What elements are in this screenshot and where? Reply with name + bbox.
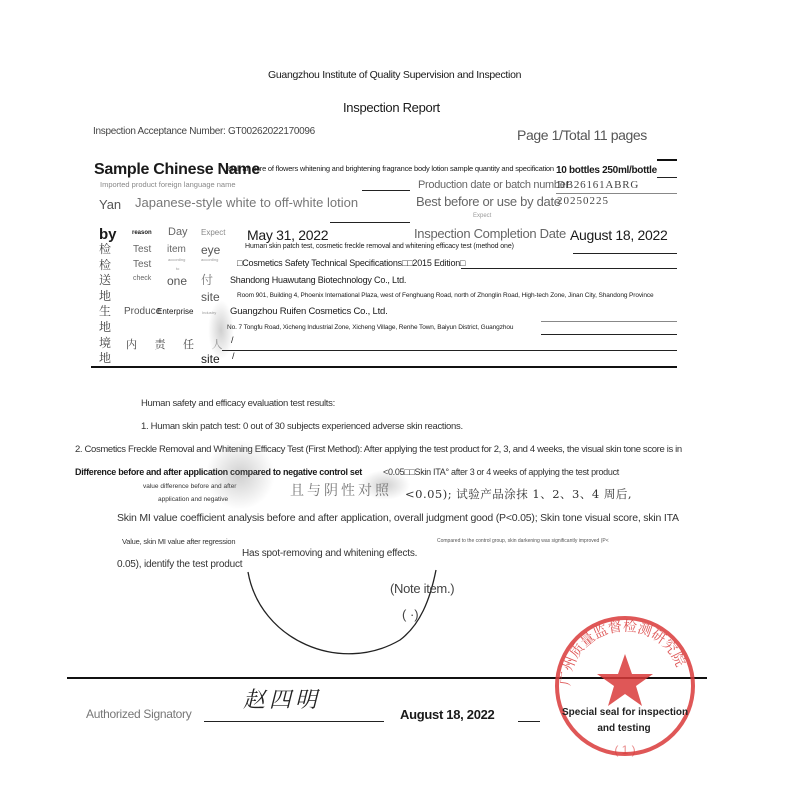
one-label: one (167, 274, 187, 288)
site-label-1: site (201, 290, 220, 304)
result-item-2-line-4b: Compared to the control group, skin dark… (437, 538, 609, 544)
row-rule (362, 190, 410, 191)
left-char: 送 (99, 273, 111, 289)
sample-quantity-value: 10 bottles 250ml/bottle (556, 165, 657, 176)
site-label-2: site (201, 352, 220, 366)
client-address-value: Room 901, Building 4, Phoenix Internatio… (237, 292, 654, 299)
signatory-label: Authorized Signatory (86, 707, 191, 721)
table-bottom-rule (91, 366, 677, 368)
result-item-2-line-2b: <0.05□□Skin ITA° after 3 or 4 weeks of a… (383, 467, 619, 477)
foreign-name-label: Imported product foreign language name (100, 180, 236, 189)
row-rule (461, 268, 677, 269)
result-item-2-cn-fragment: 且与阴性对照 (290, 480, 392, 500)
seal-caption-line-2: and testing (562, 721, 686, 737)
row-rule (541, 321, 677, 322)
row-rule (330, 222, 410, 223)
row-rule (222, 350, 677, 351)
result-item-2-line-1: 2. Cosmetics Freckle Removal and Whiteni… (75, 444, 682, 455)
check-label: check (133, 275, 151, 282)
fu-char: 付 (201, 271, 213, 288)
signature-date: August 18, 2022 (400, 707, 495, 722)
report-title: Inspection Report (343, 100, 440, 115)
production-label: Production date or batch number (418, 179, 569, 191)
result-item-1: 1. Human skin patch test: 0 out of 30 su… (141, 421, 463, 432)
responsible-char: 任 (183, 338, 194, 351)
left-char: 地 (99, 351, 111, 367)
receipt-date: May 31, 2022 (247, 227, 328, 243)
result-item-2-line-5: Has spot-removing and whitening effects. (242, 548, 417, 559)
test-label-2: Test (133, 259, 151, 270)
row-rule (556, 193, 677, 194)
by-label: by (99, 226, 117, 243)
responsible-char: 人 (212, 338, 223, 351)
seal-caption: Special seal for inspection and testing (562, 705, 686, 737)
results-heading: Human safety and efficacy evaluation tes… (141, 398, 335, 409)
enterprise-label: Enterprise (157, 307, 193, 316)
item-label: item (167, 244, 186, 255)
row-rule (573, 253, 677, 254)
appearance-value: Japanese-style white to off-white lotion (135, 195, 358, 210)
institute-name: Guangzhou Institute of Quality Supervisi… (268, 69, 521, 81)
result-item-2-line-2a: Difference before and after application … (75, 467, 362, 477)
client-value: Shandong Huawutang Biotechnology Co., Lt… (230, 275, 406, 285)
test-label-1: Test (133, 244, 151, 255)
page-info: Page 1/Total 11 pages (517, 127, 647, 143)
note-item: (Note item.) (390, 581, 454, 596)
completion-label: Inspection Completion Date (414, 226, 566, 241)
result-item-2-line-3: Skin MI value coefficient analysis befor… (117, 512, 679, 524)
result-item-2-small-b: application and negative (158, 496, 228, 503)
test-items-value: Human skin patch test, cosmetic freckle … (245, 243, 514, 250)
responsible-value: / (231, 335, 234, 345)
result-item-2-small-a: value difference before and after (143, 483, 236, 490)
left-char: 检 (99, 242, 111, 258)
according-small-1: according (168, 257, 185, 262)
inspection-seal: 广州质量监督检测研究院 ( 1 ) (540, 606, 710, 766)
produce-label: Produce (124, 306, 161, 317)
date-line (518, 721, 540, 722)
note-paren: ( ·) (402, 607, 419, 622)
best-before-value: 20250225 (557, 195, 609, 207)
production-value: DB26161ABRG (557, 179, 639, 191)
sample-name-value: Half an acre of flowers whitening and br… (228, 164, 554, 173)
left-char: 检 (99, 258, 111, 274)
completion-date: August 18, 2022 (570, 227, 667, 243)
responsible-char: 责 (155, 338, 166, 351)
left-char: 境 (99, 336, 111, 352)
responsible-chars: 内 责 任 人 (126, 336, 223, 352)
according-small-2: according (201, 257, 218, 262)
day-label: Day (168, 226, 188, 238)
responsible-site-value: / (232, 351, 235, 361)
acceptance-number-value: GT00262022170096 (228, 126, 315, 137)
seal-bottom-text: ( 1 ) (614, 743, 635, 757)
signature: 赵四明 (243, 683, 321, 714)
acceptance-number-label: Inspection Acceptance Number: (93, 126, 226, 137)
row-rule (657, 177, 677, 178)
expect-small-label: Expect (473, 213, 491, 219)
result-item-2-line-6: 0.05), identify the test product (117, 559, 242, 570)
left-char: 生 (99, 304, 111, 320)
signature-line (204, 721, 384, 722)
responsible-char: 内 (126, 338, 137, 351)
standard-value: □Cosmetics Safety Technical Specificatio… (237, 258, 465, 268)
reason-label: reason (132, 230, 152, 236)
to-small: to (176, 266, 179, 271)
manufacturer-address-value: No. 7 Tongfu Road, Xicheng Industrial Zo… (227, 324, 513, 331)
table-top-rule (657, 159, 677, 161)
industry-small: Industry (202, 310, 216, 315)
eye-label: eye (201, 243, 220, 257)
row-rule (541, 334, 677, 335)
acceptance-number: Inspection Acceptance Number: GT00262022… (93, 126, 315, 137)
yan-label: Yan (99, 197, 121, 212)
best-before-label: Best before or use by date (416, 194, 561, 209)
result-item-2-line-4a: Value, skin MI value after regression (122, 537, 235, 546)
seal-caption-line-1: Special seal for inspection (562, 705, 686, 721)
manufacturer-value: Guangzhou Ruifen Cosmetics Co., Ltd. (230, 306, 388, 317)
left-char-column: 检 检 送 地 生 地 境 地 (99, 242, 111, 367)
result-item-2-cn-line: <0.05); 试验产品涂抹 1、2、3、4 周后, (405, 486, 632, 502)
left-char: 地 (99, 289, 111, 305)
left-char: 地 (99, 320, 111, 336)
expect-label: Expect (201, 228, 225, 237)
